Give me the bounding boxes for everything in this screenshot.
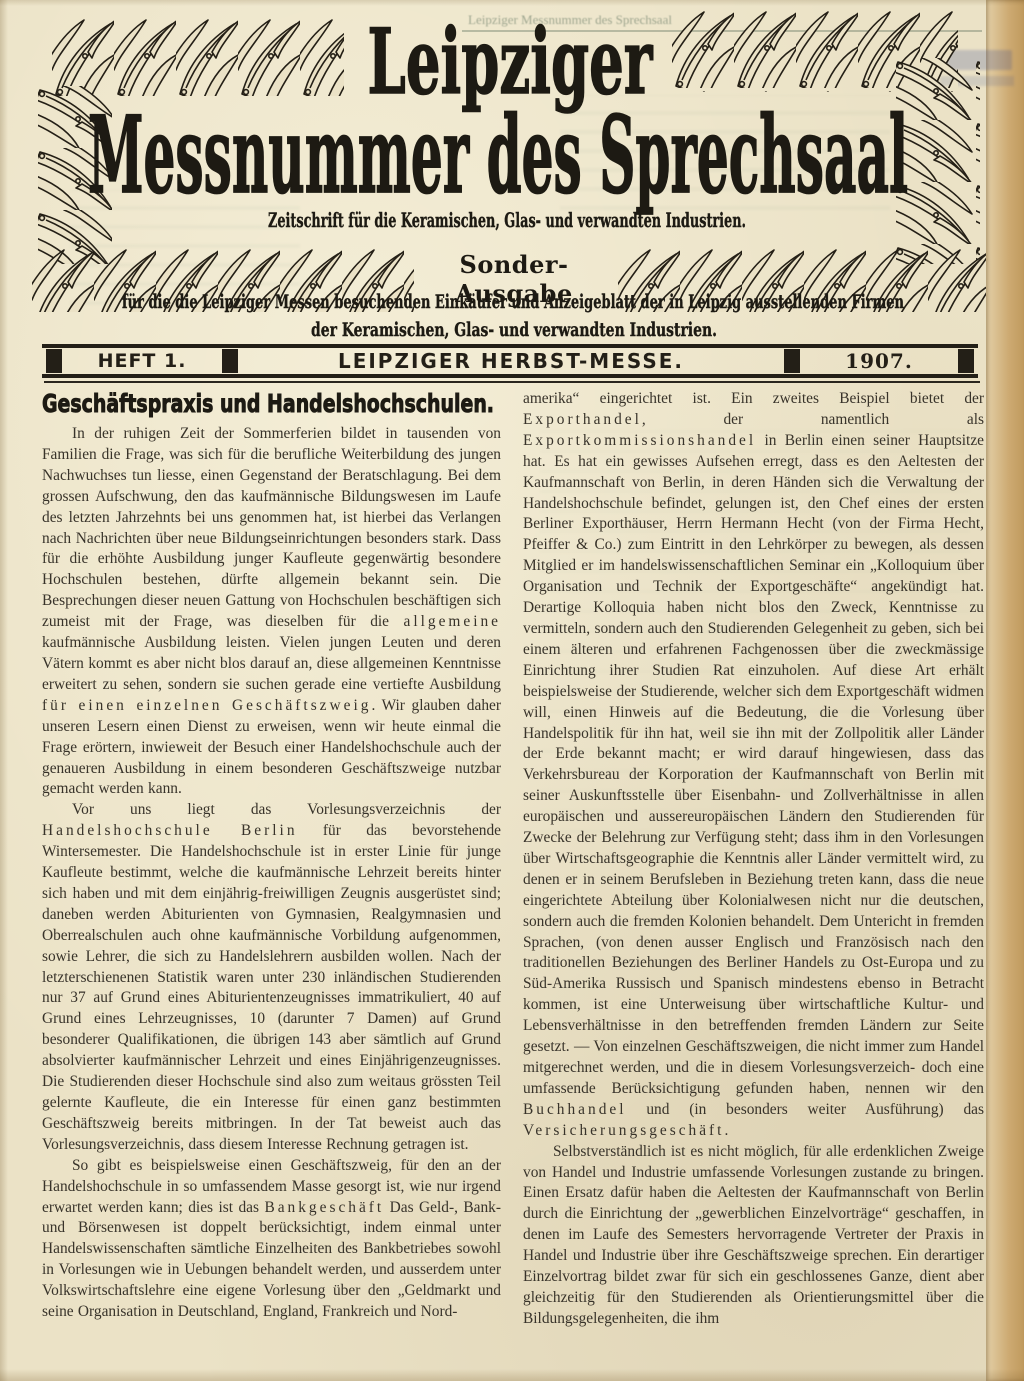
issue-year: 1907. bbox=[804, 348, 954, 374]
dedication-line2-text: der Keramischen, Glas- und verwandten In… bbox=[311, 319, 717, 341]
body-text: In der ruhigen Zeit der Sommerferien bil… bbox=[42, 425, 501, 630]
body-text: in Berlin einen seiner Hauptsitze hat. E… bbox=[523, 432, 984, 1097]
issue-event: LEIPZIGER HERBST-MESSE. bbox=[242, 348, 780, 374]
issue-bar-end-block bbox=[958, 349, 974, 373]
subtitle-text: Zeitschrift für die Keramischen, Glas- u… bbox=[268, 208, 746, 232]
masthead-subtitle: Zeitschrift für die Keramischen, Glas- u… bbox=[262, 204, 752, 236]
body-text: und (in besonders weiter Ausführung) das bbox=[627, 1101, 984, 1118]
dedication-line2: der Keramischen, Glas- und verwandten In… bbox=[306, 314, 722, 344]
article-column-right: amerika“ eingerichtet ist. Ein zweites B… bbox=[523, 389, 984, 1330]
body-text: Vor uns liegt das Vorlesungsverzeichnis … bbox=[72, 801, 501, 818]
emphasized-text: Exportkommissionshandel bbox=[523, 432, 756, 449]
article-paragraph: So gibt es beispielsweise einen Geschäft… bbox=[42, 1156, 501, 1323]
article-paragraph: Selbstverständlich ist es nicht möglich,… bbox=[523, 1142, 984, 1330]
body-text: , der namentlich als bbox=[642, 411, 984, 428]
emphasized-text: für einen einzelnen Geschäftszweig bbox=[42, 697, 371, 714]
article-column-left: In der ruhigen Zeit der Sommerferien bil… bbox=[42, 424, 501, 1323]
issue-number: HEFT 1. bbox=[66, 348, 218, 374]
emphasized-text: allgemeine bbox=[403, 613, 501, 630]
article-heading: Geschäftspraxis und Handelshochschulen. bbox=[42, 388, 501, 420]
body-text: Das Geld-, Bank- und Börsenwesen ist dop… bbox=[42, 1199, 501, 1321]
dedication-line1-text: für die die Leipziger Messen besuchenden… bbox=[122, 291, 904, 313]
article-paragraph: Vor uns liegt das Vorlesungsverzeichnis … bbox=[42, 800, 501, 1155]
page-edge-right bbox=[986, 0, 1024, 1381]
dedication-line1: für die die Leipziger Messen besuchenden… bbox=[118, 286, 908, 316]
body-text: für das bevorstehende Wintersemester. Di… bbox=[42, 822, 501, 1153]
article-paragraph: In der ruhigen Zeit der Sommerferien bil… bbox=[42, 424, 501, 800]
issue-bar-end-block bbox=[46, 349, 62, 373]
page-edge-left bbox=[0, 0, 8, 1381]
emphasized-text: Handelshochschule Berlin bbox=[42, 822, 298, 839]
issue-bar-divider-block bbox=[784, 349, 800, 373]
emphasized-text: Bankgeschäft bbox=[264, 1199, 384, 1216]
newspaper-page: Leipziger Messnummer des Sprechsaal Leip… bbox=[0, 0, 1024, 1381]
masthead-title-line2: Messnummer des Sprechsaal bbox=[84, 0, 912, 215]
issue-bar-divider-block bbox=[222, 349, 238, 373]
emphasized-text: Buchhandel bbox=[523, 1101, 627, 1118]
title-messnummer: Messnummer des Sprechsaal bbox=[88, 92, 908, 217]
body-text: amerika“ eingerichtet ist. Ein zweites B… bbox=[523, 390, 984, 407]
body-text: Selbstverständlich ist es nicht möglich,… bbox=[523, 1143, 984, 1327]
body-text: kaufmännische Ausbildung leisten. Vielen… bbox=[42, 634, 501, 693]
emphasized-text: Exporthandel bbox=[523, 411, 642, 428]
article-heading-text: Geschäftspraxis und Handelshochschulen. bbox=[42, 389, 494, 418]
issue-bar: HEFT 1. LEIPZIGER HERBST-MESSE. 1907. bbox=[42, 344, 978, 378]
article-paragraph: amerika“ eingerichtet ist. Ein zweites B… bbox=[523, 389, 984, 1142]
emphasized-text: Versicherungsgeschäft bbox=[523, 1122, 724, 1139]
page-edge-bottom bbox=[0, 1369, 1024, 1381]
body-text: . bbox=[724, 1122, 728, 1139]
